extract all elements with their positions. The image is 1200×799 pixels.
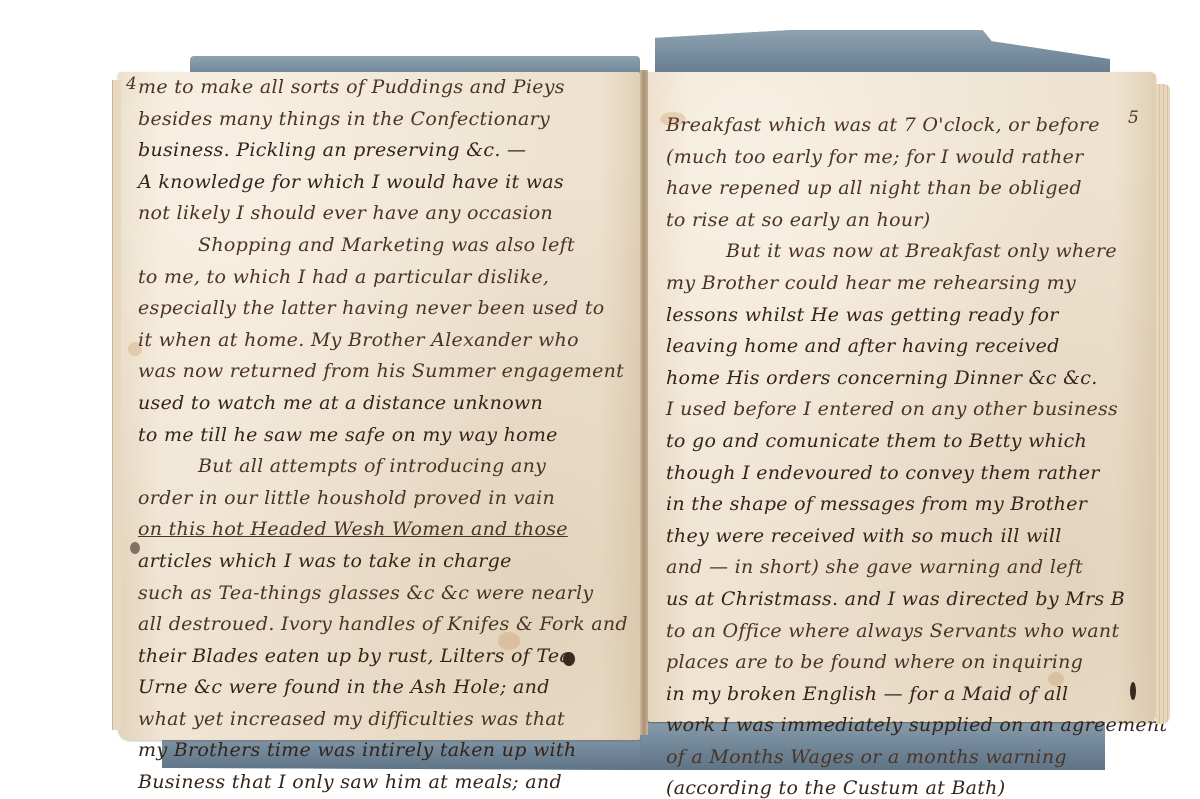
book-gutter bbox=[640, 70, 648, 735]
text-line: of a Months Wages or a months warning bbox=[666, 742, 1167, 774]
text-line-underlined: on this hot Headed Wesh Women and those bbox=[138, 514, 628, 546]
text-line: their Blades eaten up by rust, Lilters o… bbox=[138, 641, 628, 673]
text-line: (according to the Custum at Bath) bbox=[666, 773, 1167, 799]
text-line: places are to be found where on inquirin… bbox=[666, 647, 1167, 679]
page-number: 4 bbox=[126, 74, 137, 94]
text-line: in the shape of messages from my Brother bbox=[666, 489, 1167, 521]
text-line: to me, to which I had a particular disli… bbox=[138, 262, 628, 294]
text-line: in my broken English — for a Maid of all bbox=[666, 679, 1167, 711]
text-line: it when at home. My Brother Alexander wh… bbox=[138, 325, 628, 357]
text-line: was now returned from his Summer engagem… bbox=[138, 356, 628, 388]
text-line: But it was now at Breakfast only where bbox=[666, 236, 1167, 268]
text-line: home His orders concerning Dinner &c &c. bbox=[666, 363, 1167, 395]
text-line: business. Pickling an preserving &c. — bbox=[138, 135, 628, 167]
text-line: to go and comunicate them to Betty which bbox=[666, 426, 1167, 458]
text-line: Shopping and Marketing was also left bbox=[138, 230, 628, 262]
text-line: not likely I should ever have any occasi… bbox=[138, 198, 628, 230]
text-line: and — in short) she gave warning and lef… bbox=[666, 552, 1167, 584]
text-line: (much too early for me; for I would rath… bbox=[666, 142, 1167, 174]
text-line: work I was immediately supplied on an ag… bbox=[666, 710, 1167, 742]
left-page: 4 me to make all sorts of Puddings and P… bbox=[118, 72, 640, 740]
text-line: us at Christmass. and I was directed by … bbox=[666, 584, 1167, 616]
text-line: to an Office where always Servants who w… bbox=[666, 616, 1167, 648]
text-line: A knowledge for which I would have it wa… bbox=[138, 167, 628, 199]
text-line: all destroued. Ivory handles of Knifes &… bbox=[138, 609, 628, 641]
text-line: especially the latter having never been … bbox=[138, 293, 628, 325]
text-line: Breakfast which was at 7 O'clock, or bef… bbox=[666, 110, 1167, 142]
text-line: besides many things in the Confectionary bbox=[138, 104, 628, 136]
text-line: me to make all sorts of Puddings and Pie… bbox=[138, 72, 628, 104]
text-line: such as Tea-things glasses &c &c were ne… bbox=[138, 578, 628, 610]
right-page: 5 Breakfast which was at 7 O'clock, or b… bbox=[648, 72, 1156, 722]
text-line: what yet increased my difficulties was t… bbox=[138, 704, 628, 736]
text-line: my Brother could hear me rehearsing my bbox=[666, 268, 1167, 300]
text-line: to me till he saw me safe on my way home bbox=[138, 420, 628, 452]
text-line: lessons whilst He was getting ready for bbox=[666, 300, 1167, 332]
text-line: Urne &c were found in the Ash Hole; and bbox=[138, 672, 628, 704]
text-line: Business that I only saw him at meals; a… bbox=[138, 767, 628, 799]
text-line: to rise at so early an hour) bbox=[666, 205, 1167, 237]
text-line: But all attempts of introducing any bbox=[138, 451, 628, 483]
text-line: have repened up all night than be oblige… bbox=[666, 173, 1167, 205]
text-line: though I endevoured to convey them rathe… bbox=[666, 458, 1167, 490]
text-line: order in our little houshold proved in v… bbox=[138, 483, 628, 515]
handwritten-text-block: Breakfast which was at 7 O'clock, or bef… bbox=[666, 110, 1167, 799]
handwritten-text-block: me to make all sorts of Puddings and Pie… bbox=[138, 72, 628, 799]
text-line: I used before I entered on any other bus… bbox=[666, 394, 1167, 426]
text-line: used to watch me at a distance unknown bbox=[138, 388, 628, 420]
text-line: my Brothers time was intirely taken up w… bbox=[138, 735, 628, 767]
text-line: articles which I was to take in charge bbox=[138, 546, 628, 578]
text-line: they were received with so much ill will bbox=[666, 521, 1167, 553]
text-line: leaving home and after having received bbox=[666, 331, 1167, 363]
